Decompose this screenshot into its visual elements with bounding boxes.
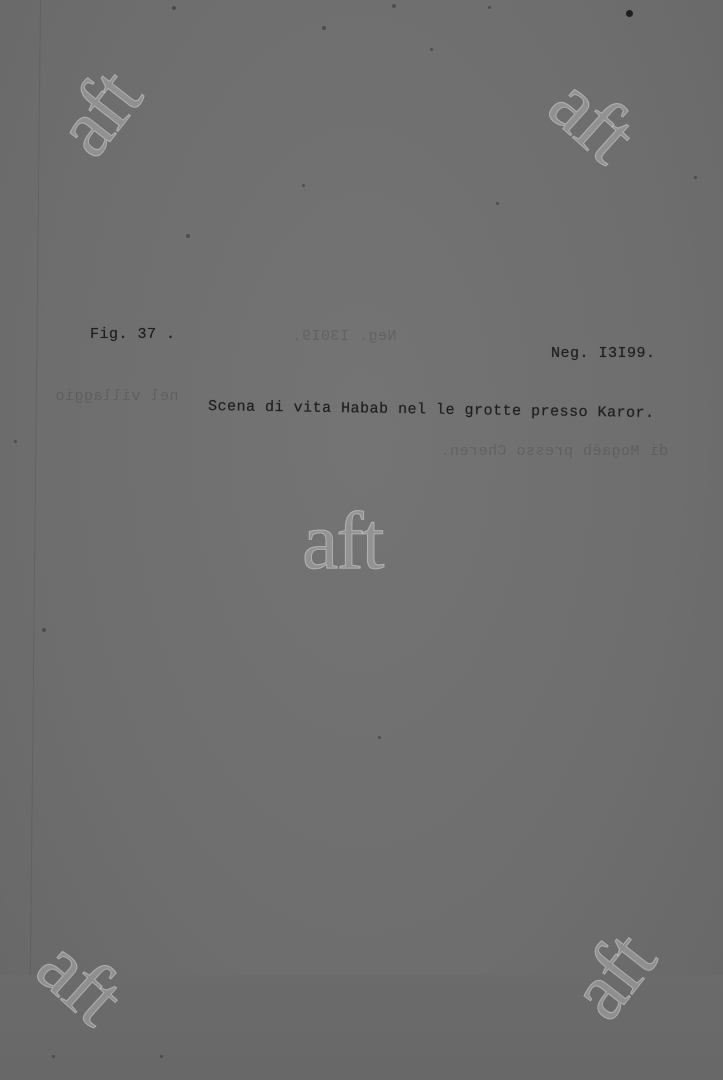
photo-caption: Scena di vita Habab nel le grotte presso… bbox=[208, 398, 655, 422]
negative-number: Neg. I3I99. bbox=[551, 345, 656, 362]
figure-number: Fig. 37 . bbox=[90, 326, 176, 343]
paper-fold-line bbox=[30, 0, 41, 1000]
dust-speck bbox=[52, 1055, 55, 1058]
watermark-top-left: aft bbox=[41, 56, 155, 170]
dust-speck bbox=[160, 1055, 163, 1058]
dust-speck bbox=[488, 6, 491, 9]
dust-speck bbox=[392, 4, 396, 8]
dust-speck bbox=[42, 628, 46, 632]
bleed-through-caption-fragment: nel villaggio bbox=[55, 388, 179, 405]
dust-speck bbox=[322, 26, 326, 30]
dust-speck bbox=[430, 48, 433, 51]
scanned-page: Neg. I30I9. nel villaggio di Mogaëb pres… bbox=[0, 0, 723, 1080]
dust-speck bbox=[378, 736, 381, 739]
dust-speck bbox=[172, 6, 176, 10]
dust-speck bbox=[694, 176, 697, 179]
bleed-through-negative-number: Neg. I30I9. bbox=[292, 328, 397, 345]
dust-speck bbox=[186, 234, 190, 238]
dust-speck bbox=[496, 202, 499, 205]
dust-speck bbox=[14, 440, 17, 443]
watermark-top-right: aft bbox=[535, 62, 650, 177]
watermark-center: aft bbox=[302, 500, 382, 582]
dust-speck bbox=[626, 10, 633, 17]
dust-speck bbox=[302, 184, 305, 187]
bleed-through-caption-line: di Mogaëb presso Cheren. bbox=[440, 443, 668, 460]
